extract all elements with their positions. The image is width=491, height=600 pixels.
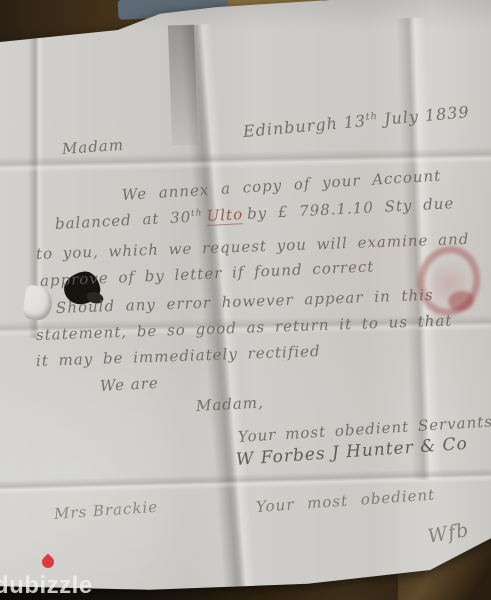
closing-we-are: We are: [100, 374, 160, 395]
closing-obedient: Your most obedient: [255, 486, 435, 516]
body-line-2-amount: balanced at 30thUltoby £ 798.1.10 Sty du…: [55, 194, 455, 233]
dateline-superscript: th: [365, 111, 378, 123]
photo-of-letter: Edinburgh 13th July 1839 Madam We annex …: [0, 0, 491, 600]
dateline-post: July 1839: [377, 102, 470, 129]
addressee: Mrs Brackie: [53, 498, 158, 523]
salutation: Madam: [61, 136, 124, 158]
amount-post: by £ 798.1.10 Sty due: [247, 194, 455, 223]
signature-fragment: Wfb: [426, 519, 471, 548]
body-line-4: approve of by letter if found correct: [40, 257, 375, 290]
body-line-6: statement, be so good as return it to us…: [36, 311, 453, 344]
body-line-3: to you, which we request you will examin…: [36, 230, 470, 263]
closing-madam: Madam,: [196, 393, 265, 415]
amount-pre: balanced at 30: [55, 208, 192, 233]
body-line-5: Should any error however appear in this: [56, 286, 434, 317]
letter-sheet-wrapper: Edinburgh 13th July 1839 Madam We annex …: [0, 0, 491, 600]
paper-tear: [22, 284, 54, 322]
dateline-pre: Edinburgh 13: [242, 111, 367, 141]
crease-vertical-center-shadow: [168, 25, 198, 146]
amount-red-word: Ulto: [206, 205, 243, 226]
watermark-text: dubizzle: [0, 572, 93, 600]
dateline: Edinburgh 13th July 1839: [242, 102, 470, 141]
wax-seal-remnant: [411, 240, 486, 321]
letter-sheet: Edinburgh 13th July 1839 Madam We annex …: [0, 0, 491, 600]
amount-superscript: th: [191, 208, 203, 219]
body-line-7: it may be immediately rectified: [36, 342, 321, 370]
